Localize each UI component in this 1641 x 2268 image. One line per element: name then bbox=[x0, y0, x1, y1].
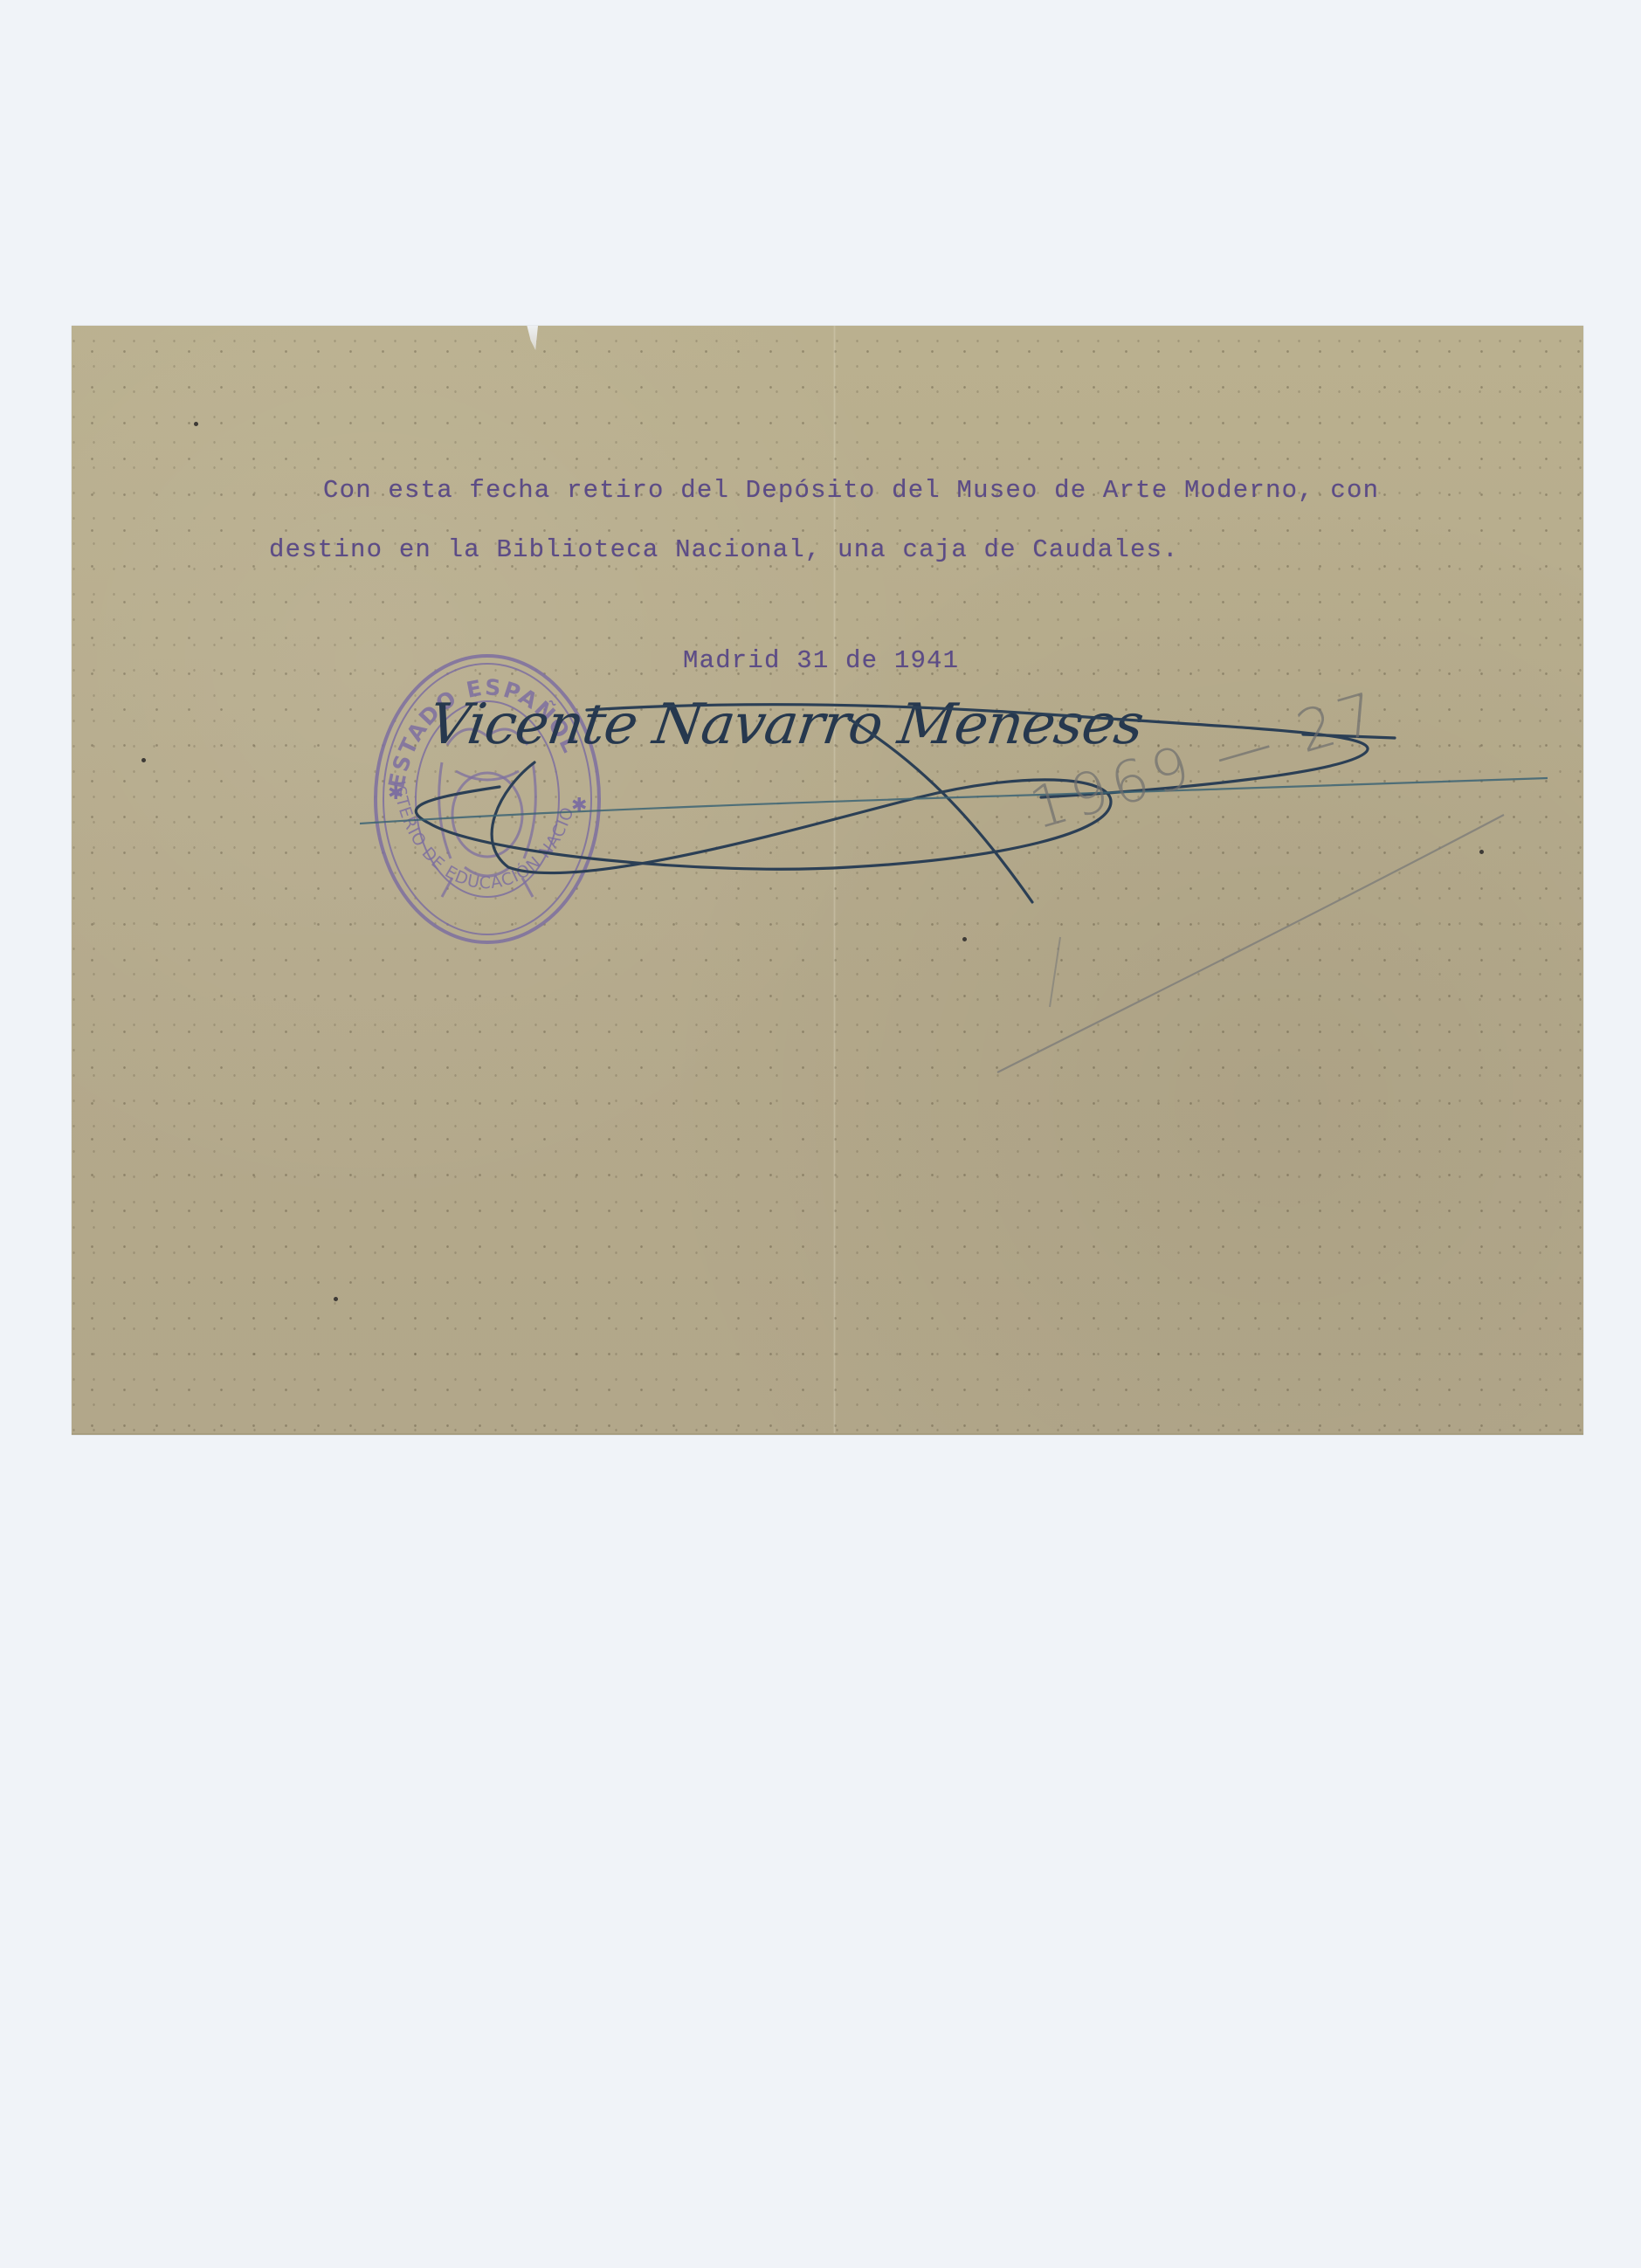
paper-speck bbox=[334, 1297, 338, 1301]
document-sheet: Con esta fecha retiro del Depósito del M… bbox=[72, 326, 1583, 1435]
tear-mark bbox=[526, 326, 538, 350]
paper-speck bbox=[141, 758, 146, 762]
paper-speck bbox=[194, 422, 198, 426]
body-line-1: Con esta fecha retiro del Depósito del M… bbox=[323, 476, 1379, 505]
date-line: Madrid 31 de 1941 bbox=[683, 646, 959, 675]
paper-speck bbox=[1479, 850, 1484, 854]
body-line-2: destino en la Biblioteca Nacional, una c… bbox=[269, 535, 1179, 564]
paper-speck bbox=[962, 937, 967, 941]
